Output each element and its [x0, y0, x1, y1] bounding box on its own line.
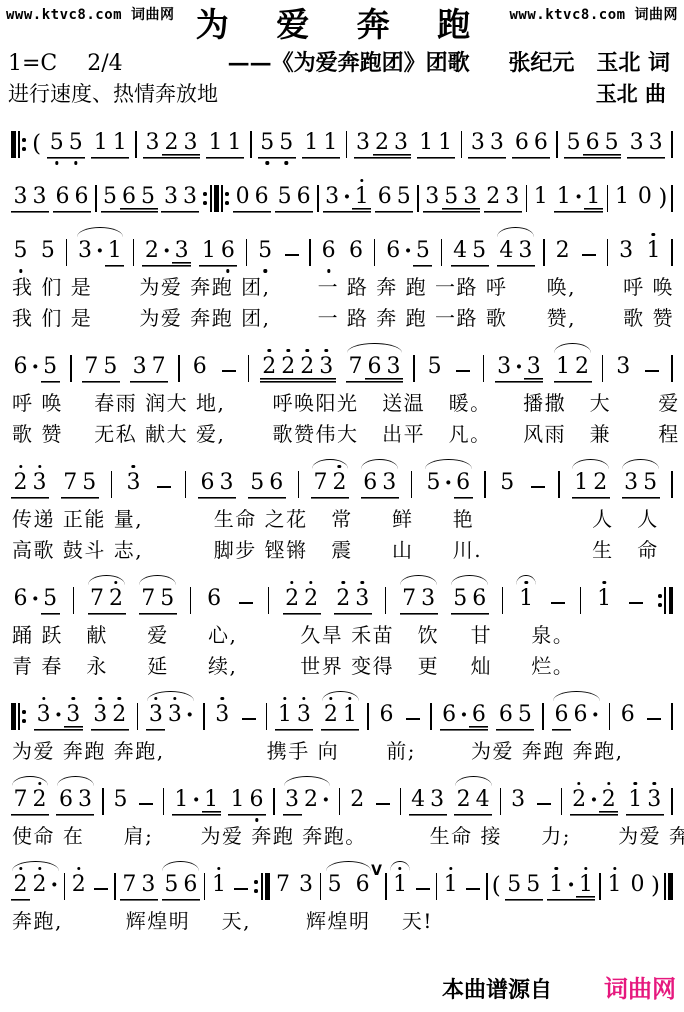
note-group: 6 — [617, 702, 638, 731]
note: 6 — [267, 470, 286, 499]
sheet-music-page: www.ktvc8.com 词曲网 www.ktvc8.com 词曲网 为 爱 … — [0, 0, 684, 1012]
note: 3 — [495, 354, 514, 383]
note-group: 3 — [613, 354, 634, 383]
barline — [346, 131, 348, 159]
note-group: 1 — [643, 238, 664, 267]
augmentation-dot: · — [566, 872, 577, 901]
note: 6 — [198, 470, 217, 499]
note: 6 — [361, 470, 380, 499]
note: 3 — [297, 872, 316, 901]
note: 5 — [47, 130, 66, 159]
barline — [664, 873, 673, 901]
note-group: 06 — [232, 184, 272, 213]
note: 1 — [302, 130, 321, 159]
note: 3 — [317, 354, 336, 383]
barline — [500, 788, 502, 816]
note-group: 56 — [161, 872, 201, 901]
note: 5 — [256, 238, 275, 267]
note: 3 — [392, 130, 411, 159]
lyric-line: 歌 赞 无私 献大 爱, 歌赞伟大 出平 凡。 风雨 兼 程 — [12, 419, 672, 450]
barline — [11, 131, 26, 159]
barline — [250, 131, 252, 159]
note-group: 1 — [516, 586, 537, 615]
note: 5 — [564, 130, 583, 159]
barline — [339, 788, 341, 816]
parenthesis: ( — [491, 875, 502, 901]
note: 3 — [75, 787, 94, 816]
barline — [385, 873, 387, 901]
composer-credit: 玉北 曲 — [596, 79, 666, 109]
lyrics: 传递 正能 量, 生命 之花 常 鲜 艳 人 人高歌 鼓斗 志, 脚步 铿锵 震… — [8, 504, 676, 566]
barline — [114, 873, 116, 901]
music-line: 6·575376222376353·3123 — [8, 335, 676, 388]
note-group: 6 — [204, 586, 225, 615]
note: 3 — [323, 184, 342, 213]
note-group: 65 — [495, 702, 535, 731]
note: 2 — [321, 702, 340, 731]
augmentation-dot: · — [191, 787, 202, 816]
system: (551132311551132311336656533 — [8, 111, 676, 164]
note: 3 — [354, 130, 373, 159]
note-group: 12 — [571, 470, 611, 499]
note-group: 56 — [274, 184, 314, 213]
note: 2 — [573, 354, 592, 383]
barline — [374, 239, 376, 267]
note: 1 — [225, 130, 244, 159]
note: 6 — [454, 470, 473, 499]
barline — [203, 703, 205, 731]
note-group: 5 — [110, 787, 131, 816]
music-line: 726351·11632·2432432·213 — [8, 768, 676, 821]
dash-note — [582, 254, 596, 256]
note: 2 — [373, 130, 392, 159]
note: 2 — [599, 787, 618, 816]
note: 3 — [423, 184, 442, 213]
note: 5 — [325, 872, 344, 901]
tempo-row: 进行速度、热情奔放地 玉北 曲 — [8, 79, 676, 109]
barline — [411, 471, 413, 499]
barline — [526, 185, 528, 213]
barline — [266, 703, 268, 731]
note: 6 — [252, 184, 271, 213]
meta-row: 1=C 2/4 ——《为爱奔跑团》团歌 张纪元 玉北 词 — [8, 48, 676, 79]
note: 2 — [484, 184, 503, 213]
lyric-line: 踊 跃 献 爱 心, 久旱 禾苗 饮 甘 泉。 — [12, 620, 672, 651]
note-group: 0 — [627, 872, 648, 901]
note-group: 565 — [563, 130, 622, 159]
note-group: 2223 — [259, 354, 337, 383]
note-group: 323 — [353, 130, 412, 159]
barline — [671, 471, 673, 499]
dash-note — [242, 718, 256, 720]
note: 2 — [302, 586, 321, 615]
note-group: 22· — [10, 872, 61, 901]
note: 5 — [505, 872, 524, 901]
note-group: 45 — [450, 238, 490, 267]
note: 1 — [531, 184, 550, 213]
note: 5 — [258, 130, 277, 159]
dash-note — [234, 888, 248, 890]
note: 3 — [503, 184, 522, 213]
note: 2 — [334, 586, 353, 615]
dash-note — [157, 486, 171, 488]
dash-note — [629, 602, 643, 604]
note: 5 — [139, 184, 158, 213]
note: 1 — [110, 130, 129, 159]
note-group: 1 — [208, 872, 229, 901]
augmentation-dot: · — [342, 184, 353, 213]
note: 6 — [552, 702, 571, 731]
barline — [602, 355, 604, 383]
note-group: 5 — [10, 238, 31, 267]
note: 5 — [524, 872, 543, 901]
note: 1 — [352, 184, 371, 213]
dash-note — [531, 486, 545, 488]
barline — [483, 355, 485, 383]
note: 1 — [436, 130, 455, 159]
note: 5 — [158, 586, 177, 615]
parenthesis: ) — [650, 875, 661, 901]
note: 2 — [348, 787, 367, 816]
note: 6 — [375, 184, 394, 213]
note: 1 — [572, 470, 591, 499]
note-group: 75 — [81, 354, 121, 383]
note-group: 3·1 — [75, 238, 126, 267]
note: 3 — [76, 238, 95, 267]
note: 5 — [80, 470, 99, 499]
barline — [133, 239, 135, 267]
note: 2 — [107, 586, 126, 615]
note: 3 — [645, 787, 664, 816]
note-group: 65 — [374, 184, 414, 213]
parenthesis: ( — [31, 133, 42, 159]
note-group: 33 — [160, 184, 200, 213]
augmentation-dot: · — [459, 702, 470, 731]
music-line: 22·2735617356V11(551·110) — [8, 853, 676, 906]
note-group: 1 — [594, 586, 615, 615]
note: 1 — [554, 184, 573, 213]
note-group: 66 — [52, 184, 92, 213]
note: 3 — [217, 470, 236, 499]
barline — [436, 873, 438, 901]
system: 6·5727562223735611踊 跃 献 爱 心, 久旱 禾苗 饮 甘 泉… — [8, 567, 676, 682]
note: 7 — [120, 872, 139, 901]
barline — [556, 131, 558, 159]
note-group: 323 — [142, 130, 201, 159]
note: 3 — [180, 184, 199, 213]
note-group: 73 — [399, 586, 439, 615]
dash-note — [645, 370, 659, 372]
note: 2 — [110, 702, 129, 731]
dash-note — [406, 718, 420, 720]
barline — [317, 185, 319, 213]
note: 1 — [626, 787, 645, 816]
note-group: 5 — [255, 238, 276, 267]
note-group: 3·1 — [322, 184, 373, 213]
note-group: 1·1 — [546, 872, 597, 901]
note: 7 — [274, 872, 293, 901]
note-group: 3·3 — [494, 354, 545, 383]
note-group: 37 — [129, 354, 169, 383]
note: 7 — [149, 354, 168, 383]
note-group: 35 — [621, 470, 661, 499]
note: 2 — [302, 787, 321, 816]
note: 6 — [583, 130, 602, 159]
augmentation-dot: · — [590, 702, 601, 731]
note-group: 6 — [345, 238, 366, 267]
barline — [400, 788, 402, 816]
barline — [309, 239, 311, 267]
note: 1 — [199, 238, 218, 267]
note: 5 — [394, 184, 413, 213]
barline — [671, 355, 673, 383]
note: 3 — [11, 184, 30, 213]
note: 2 — [454, 787, 473, 816]
note: 5 — [498, 470, 517, 499]
dash-note — [416, 888, 430, 890]
lyric-line: 呼 唤 春雨 润大 地, 呼唤阳光 送温 暖。 播撒 大 爱 — [12, 388, 672, 419]
barline — [558, 471, 560, 499]
note: 1 — [554, 354, 573, 383]
note: 6 — [384, 238, 403, 267]
note: 6 — [346, 238, 365, 267]
note: 0 — [233, 184, 252, 213]
note: 3 — [617, 238, 636, 267]
note: 4 — [409, 787, 428, 816]
lyrics: 为爱 奔跑 奔跑, 携手 向 前; 为爱 奔跑 奔跑, — [8, 736, 676, 767]
note: 1 — [275, 702, 294, 731]
note-group: 75 — [138, 586, 178, 615]
note-group: 23 — [10, 470, 50, 499]
tempo-marking: 进行速度、热情奔放地 — [8, 79, 218, 109]
note: 2 — [162, 130, 181, 159]
note: 6 — [56, 787, 75, 816]
note: 2 — [30, 872, 49, 901]
dash-note — [466, 888, 480, 890]
barline — [95, 185, 97, 213]
note-group: 6 — [376, 702, 397, 731]
note: 1 — [547, 872, 566, 901]
music-line: 33665653306563·1653532311·110) — [8, 165, 676, 218]
note: 5 — [641, 470, 660, 499]
note-group: 32 — [90, 702, 130, 731]
system: 3·33233·3132166·66566·6为爱 奔跑 奔跑, 携手 向 前;… — [8, 683, 676, 767]
note: 6 — [294, 184, 313, 213]
barline — [203, 185, 229, 213]
barline — [607, 239, 609, 267]
music-line: 23753635672635·651235 — [8, 451, 676, 504]
barline — [135, 131, 137, 159]
note-group: 1·1 — [171, 787, 222, 816]
note: 5 — [277, 130, 296, 159]
note: 5 — [413, 238, 432, 267]
note-group: 33· — [145, 702, 196, 731]
barline — [385, 587, 387, 615]
augmentation-dot: · — [49, 872, 60, 901]
note: 2 — [30, 787, 49, 816]
note: 3 — [172, 238, 191, 267]
lyric-line: 奔跑, 辉煌明 天, 辉煌明 天! — [12, 906, 672, 937]
barline — [502, 587, 504, 615]
note-group: 5 — [37, 238, 58, 267]
note: 6 — [496, 702, 515, 731]
note: 3 — [516, 238, 535, 267]
note-group: 1 — [611, 184, 632, 213]
augmentation-dot: · — [589, 787, 600, 816]
note: 3 — [34, 702, 53, 731]
note: 5 — [424, 470, 443, 499]
note: 2 — [279, 354, 298, 383]
note: 3 — [646, 130, 665, 159]
music-line: (551132311551132311336656533 — [8, 111, 676, 164]
note: 3 — [524, 354, 543, 383]
barline — [580, 587, 582, 615]
note: 2 — [11, 872, 30, 901]
note-group: 56 — [324, 872, 373, 901]
music-line: 6·5727562223735611 — [8, 567, 676, 620]
lyric-line: 传递 正能 量, 生命 之花 常 鲜 艳 人 人 — [12, 504, 672, 535]
note: 5 — [38, 238, 57, 267]
augmentation-dot: · — [514, 354, 525, 383]
note: 1 — [209, 872, 228, 901]
note-group: 5 — [424, 354, 445, 383]
note: 1 — [340, 702, 359, 731]
barline — [190, 587, 192, 615]
note: 5 — [470, 238, 489, 267]
barline — [609, 703, 611, 731]
note-group: 3 — [296, 872, 317, 901]
note: 2 — [570, 787, 589, 816]
note: 3 — [143, 130, 162, 159]
note-group: 24 — [453, 787, 493, 816]
note-group: 2 — [68, 872, 89, 901]
note-group: 11 — [205, 130, 245, 159]
note-group: 63 — [197, 470, 237, 499]
note: 1 — [517, 586, 536, 615]
note: 2 — [553, 238, 572, 267]
note-group: 1·1 — [553, 184, 604, 213]
note-group: 6 — [318, 238, 339, 267]
barline — [298, 471, 300, 499]
note: 6 — [218, 238, 237, 267]
note-group: 43 — [408, 787, 448, 816]
note: 1 — [612, 184, 631, 213]
note: 7 — [82, 354, 101, 383]
note-group: 33 — [467, 130, 507, 159]
note-group: 32· — [282, 787, 333, 816]
dedication: ——《为爱奔跑团》团歌 — [228, 48, 470, 78]
augmentation-dot: · — [161, 238, 172, 267]
note: 3 — [509, 787, 528, 816]
barline — [111, 471, 113, 499]
note: 3 — [627, 130, 646, 159]
barline — [268, 587, 270, 615]
note: 6 — [469, 702, 488, 731]
parenthesis: ) — [657, 187, 668, 213]
note: 0 — [628, 872, 647, 901]
augmentation-dot: · — [573, 184, 584, 213]
note: 4 — [451, 238, 470, 267]
lyrics: 奔跑, 辉煌明 天, 辉煌明 天! — [8, 906, 676, 937]
note: 2 — [591, 470, 610, 499]
note-group: 73 — [119, 872, 159, 901]
note: 5 — [41, 586, 60, 615]
note: 7 — [139, 586, 158, 615]
note: 7 — [61, 470, 80, 499]
note-group: 6·5 — [383, 238, 434, 267]
score: (551132311551132311336656533336656533065… — [8, 111, 676, 937]
note: 5 — [442, 184, 461, 213]
lyrics: 踊 跃 献 爱 心, 久旱 禾苗 饮 甘 泉。青 春 永 延 续, 世界 变得 … — [8, 620, 676, 682]
watermark-left: www.ktvc8.com 词曲网 — [6, 4, 175, 24]
music-line: 3·33233·3132166·66566·6 — [8, 683, 676, 736]
lyric-line: 使命 在 肩; 为爱 奔跑 奔跑。 生命 接 力; 为爱 奔跑 — [12, 821, 672, 852]
note-group: 2·3 — [141, 238, 192, 267]
lyricist-credit: 张纪元 玉北 词 — [508, 48, 670, 78]
note: 6 — [353, 872, 372, 901]
note-group: 72 — [10, 787, 50, 816]
note: 5 — [101, 354, 120, 383]
note: 6 — [181, 872, 200, 901]
dash-note — [551, 602, 565, 604]
note: 1 — [321, 130, 340, 159]
note: 5 — [275, 184, 294, 213]
note-group: 565 — [100, 184, 159, 213]
note: 5 — [451, 586, 470, 615]
system: 553·12·3165666·54543231我 们 是 为爱 奔跑 团, 一 … — [8, 219, 676, 334]
note: 3 — [419, 586, 438, 615]
note-group: 6·5 — [10, 354, 61, 383]
note-group: 1 — [440, 872, 461, 901]
note-group: 33 — [626, 130, 666, 159]
note: 3 — [353, 586, 372, 615]
barline — [413, 355, 415, 383]
note: 6 — [11, 354, 30, 383]
note: 1 — [206, 130, 225, 159]
lyrics: 呼 唤 春雨 润大 地, 呼唤阳光 送温 暖。 播撒 大 爱歌 赞 无私 献大 … — [8, 388, 676, 450]
lyrics: 使命 在 肩; 为爱 奔跑 奔跑。 生命 接 力; 为爱 奔跑 — [8, 821, 676, 852]
note-group: 55 — [46, 130, 86, 159]
note: 5 — [111, 787, 130, 816]
barline — [671, 185, 673, 213]
time-signature: 2/4 — [87, 49, 122, 79]
site-label: 词曲网 — [604, 969, 676, 1004]
note: 6 — [11, 586, 30, 615]
note: 1 — [644, 238, 663, 267]
barline — [671, 131, 673, 159]
note: 1 — [441, 872, 460, 901]
note: 6 — [53, 184, 72, 213]
note: 6 — [319, 238, 338, 267]
note: 3 — [468, 130, 487, 159]
note-group: 7 — [273, 872, 294, 901]
system: 22·2735617356V11(551·110)奔跑, 辉煌明 天, 辉煌明 … — [8, 853, 676, 937]
dash-note — [239, 602, 253, 604]
note: 2 — [11, 470, 30, 499]
note: 2 — [330, 470, 349, 499]
augmentation-dot: · — [403, 238, 414, 267]
note: 6 — [247, 787, 266, 816]
note: 6 — [190, 354, 209, 383]
dash-note — [222, 370, 236, 372]
note-group: 3 — [616, 238, 637, 267]
note: 0 — [635, 184, 654, 213]
note: 6 — [377, 702, 396, 731]
barline — [543, 239, 545, 267]
note: 5 — [101, 184, 120, 213]
barline — [137, 703, 139, 731]
dash-note — [647, 718, 661, 720]
